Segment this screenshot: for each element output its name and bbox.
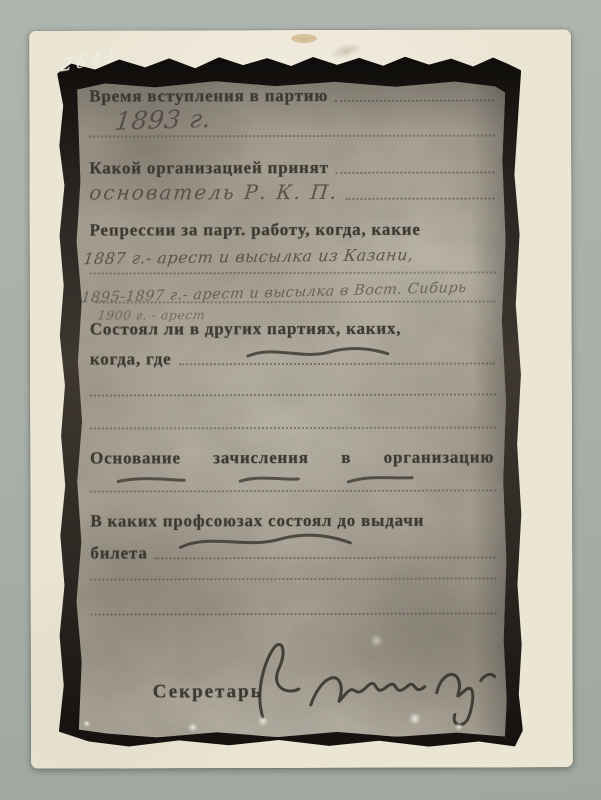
field-trade-unions-label-2: билета [90, 542, 147, 563]
dotted-rule [91, 612, 497, 615]
secretary-signature [241, 628, 501, 734]
dotted-rule [345, 197, 494, 199]
dotted-rule [89, 134, 495, 137]
dotted-rule [90, 426, 496, 429]
paper-chip-stain [291, 34, 317, 43]
field-accepting-org-label: Какой организацией принят [89, 157, 328, 179]
dotted-rule [90, 271, 496, 274]
field-join-date-value: 1893 г. [113, 104, 212, 136]
field-accepting-org-value: основатель Р. К. П. [88, 180, 339, 205]
field-repressions-label: Репрессии за парт. работу, когда, какие [90, 218, 500, 240]
handwritten-dash [176, 529, 356, 555]
field-repressions-value-1: 1887 г.- арест и высылка из Казани, [82, 245, 414, 268]
dotted-rule [155, 557, 496, 560]
field-other-parties-label-2: когда, где [90, 348, 172, 369]
handwritten-dashes [90, 471, 490, 488]
field-other-parties-label-1: Состоял ли в других партиях, каких, [90, 318, 402, 340]
dotted-rule [336, 172, 495, 174]
dotted-rule [335, 100, 494, 102]
dotted-rule [90, 393, 496, 396]
field-join-date: Время вступления в партию [89, 84, 496, 106]
dotted-rule [96, 300, 496, 303]
dotted-rule [178, 363, 494, 366]
field-accepting-org: Какой организацией принят [89, 156, 496, 178]
document-page: Время вступления в партию 1893 г. Какой … [75, 80, 507, 737]
dotted-rule [90, 577, 496, 580]
handwritten-dash [244, 343, 394, 363]
photo-backdrop: Время вступления в партию 1893 г. Какой … [0, 0, 601, 800]
field-enrollment-basis-label: Основание зачисления в организацию [90, 446, 494, 468]
field-accepting-org-value-row: основатель Р. К. П. [89, 179, 496, 204]
photograph-print: Время вступления в партию 1893 г. Какой … [29, 29, 573, 768]
photographed-document: Время вступления в партию 1893 г. Какой … [57, 54, 523, 747]
dotted-rule [90, 489, 496, 492]
